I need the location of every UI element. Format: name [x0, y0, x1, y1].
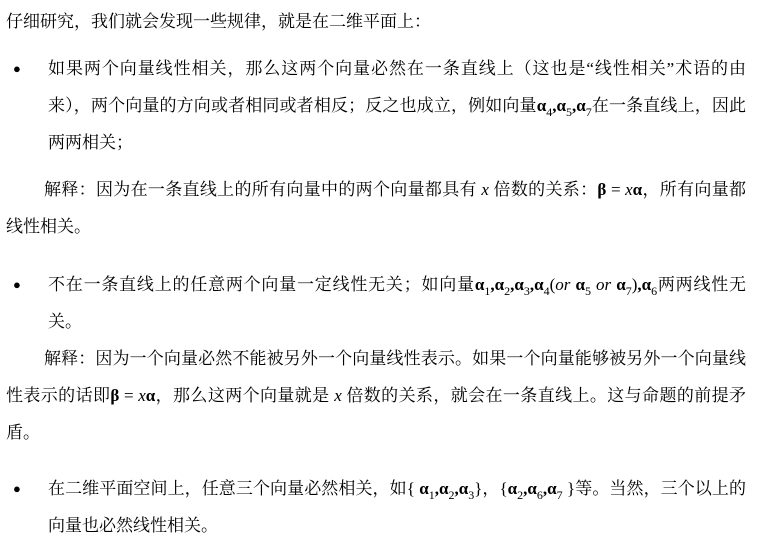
math-segment: x: [138, 386, 146, 405]
text-segment: 解释：因为在一条直线上的所有向量中的两个向量都具有: [44, 180, 481, 199]
text-segment: 不在一条直线上的任意两个向量一定线性无关；如向量: [48, 275, 475, 294]
math-segment: or: [555, 275, 570, 294]
bullet-text-1: 如果两个向量线性相关，那么这两个向量必然在一条直线上（这也是“线性相关”术语的由…: [48, 50, 746, 161]
text-segment: 倍数的关系：: [489, 180, 597, 199]
bullet-text-2: 不在一条直线上的任意两个向量一定线性无关；如向量α1,α2,α3,α4(or α…: [48, 266, 746, 340]
bullet-icon: ●: [6, 266, 48, 303]
text-segment: =: [119, 386, 138, 405]
bullet-item-3: ● 在二维平面空间上，任意三个向量必然相关，如{ α1,α2,α3}，{α2,α…: [6, 470, 746, 544]
math-segment: α: [642, 275, 652, 294]
math-segment: x: [334, 386, 342, 405]
math-segment: x: [625, 180, 633, 199]
text-segment: }，{: [474, 479, 507, 498]
text-segment: 在二维平面空间上，任意三个向量必然相关，如{: [48, 479, 419, 498]
math-segment: α: [616, 275, 626, 294]
math-segment: α: [527, 479, 537, 498]
text-segment: =: [606, 180, 625, 199]
text-segment: ，那么这两个向量就是: [155, 386, 334, 405]
math-segment: α: [575, 275, 585, 294]
math-segment: α: [514, 275, 524, 294]
math-segment: α: [537, 96, 547, 115]
document: 仔细研究，我们就会发现一些规律，就是在二维平面上： ● 如果两个向量线性相关，那…: [0, 0, 776, 549]
explanation-paragraph-1: 解释：因为在一条直线上的所有向量中的两个向量都具有 x 倍数的关系：β = xα…: [6, 171, 746, 245]
math-segment: α: [459, 479, 469, 498]
math-segment: α: [508, 479, 518, 498]
bullet-item-1: ● 如果两个向量线性相关，那么这两个向量必然在一条直线上（这也是“线性相关”术语…: [6, 50, 746, 161]
text-segment: 仔细研究，我们就会发现一些规律，就是在二维平面上：: [6, 12, 431, 31]
math-segment: α: [556, 96, 566, 115]
explanation-paragraph-2: 解释：因为一个向量必然不能被另外一个向量线性表示。如果一个向量能够被另外一个向量…: [6, 340, 746, 451]
math-segment: x: [481, 180, 489, 199]
math-segment: α: [419, 479, 429, 498]
bullet-icon: ●: [6, 50, 48, 87]
math-segment: α: [576, 96, 586, 115]
math-segment: α: [633, 180, 643, 199]
bullet-icon: ●: [6, 470, 48, 507]
math-segment: β: [110, 386, 119, 405]
math-segment: α: [547, 479, 557, 498]
intro-paragraph: 仔细研究，我们就会发现一些规律，就是在二维平面上：: [6, 3, 746, 40]
math-segment: α: [534, 275, 544, 294]
bullet-text-3: 在二维平面空间上，任意三个向量必然相关，如{ α1,α2,α3}，{α2,α6,…: [48, 470, 746, 544]
math-segment: or: [596, 275, 611, 294]
bullet-item-2: ● 不在一条直线上的任意两个向量一定线性无关；如向量α1,α2,α3,α4(or…: [6, 266, 746, 340]
math-segment: α: [495, 275, 505, 294]
math-segment: α: [439, 479, 449, 498]
math-segment: α: [146, 386, 156, 405]
math-segment: α: [475, 275, 485, 294]
